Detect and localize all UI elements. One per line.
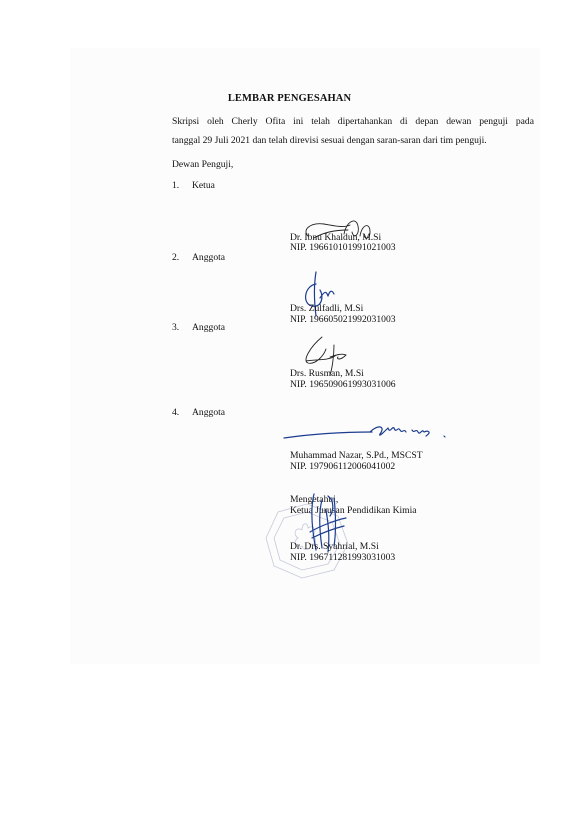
examiner-number: 4. bbox=[172, 407, 192, 418]
examiner-number: 1. bbox=[172, 180, 192, 191]
approval-nip: NIP. 196711281993031003 bbox=[290, 552, 395, 563]
signature-icon bbox=[282, 420, 452, 446]
examiner-role: Anggota bbox=[192, 322, 225, 333]
examiner-3-nip: NIP. 196509061993031006 bbox=[290, 379, 396, 390]
examiner-3-name: Drs. Rusman, M.Si bbox=[290, 368, 364, 379]
examiner-4-name: Muhammad Nazar, S.Pd., MSCST bbox=[290, 450, 423, 461]
examiner-4-role: 4.Anggota bbox=[172, 407, 225, 418]
examiner-2-name: Drs. Zulfadli, M.Si bbox=[290, 303, 363, 314]
examiner-1-nip: NIP. 196610101991021003 bbox=[290, 242, 396, 253]
examiner-role: Anggota bbox=[192, 252, 225, 263]
examiner-number: 2. bbox=[172, 252, 192, 263]
intro-line-2: tanggal 29 Juli 2021 dan telah direvisi … bbox=[172, 135, 487, 146]
board-label: Dewan Penguji, bbox=[172, 159, 233, 170]
examiner-number: 3. bbox=[172, 322, 192, 333]
examiner-2-role: 2.Anggota bbox=[172, 252, 225, 263]
examiner-4-nip: NIP. 197906112006041002 bbox=[290, 461, 395, 472]
examiner-role: Anggota bbox=[192, 407, 225, 418]
intro-line-1: Skripsi oleh Cherly Ofita ini telah dipe… bbox=[172, 116, 534, 127]
examiner-3-role: 3.Anggota bbox=[172, 322, 225, 333]
page-title: LEMBAR PENGESAHAN bbox=[0, 93, 579, 104]
examiner-1-role: 1.Ketua bbox=[172, 180, 215, 191]
approval-name: Dr. Drs. Syahrial, M.Si bbox=[290, 541, 379, 552]
examiner-2-nip: NIP. 196605021992031003 bbox=[290, 314, 396, 325]
examiner-role: Ketua bbox=[192, 180, 215, 191]
